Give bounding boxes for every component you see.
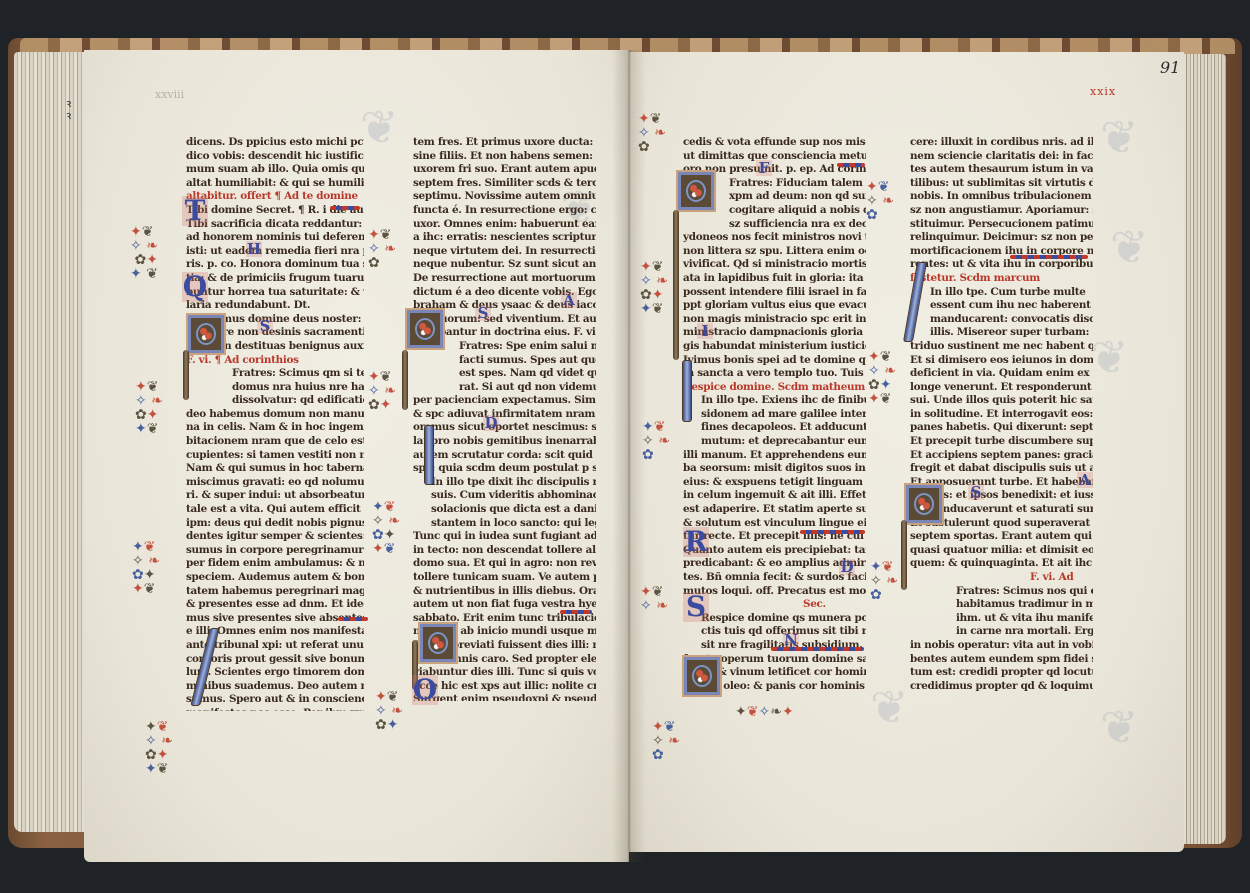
text-line: & presentes esse ad dnm. Et ideo contend…: [186, 598, 364, 612]
show-through-foliage: ❦: [1100, 110, 1139, 164]
line-filler: [800, 530, 865, 534]
rubric-line: festetur. Scdm marcum: [910, 272, 1093, 286]
text-line: nobis. In omnibus tribulacionem patimur:: [910, 190, 1093, 204]
text-line: Tibi sacrificia dicata reddantur: que si…: [186, 218, 364, 232]
text-line: ctis tuis qd offerimus sit tibi munus ac…: [683, 625, 866, 639]
text-line: in nobis operatur: vita aut in vobis. Ha: [910, 639, 1093, 653]
red-initial: S: [968, 484, 984, 500]
text-line: non littera sz spu. Littera enim occidit…: [683, 245, 866, 259]
text-line: septimu. Novissime autem omnium: & mulie…: [413, 190, 596, 204]
text-line: dentes igitur semper & scientes: qm dum: [186, 530, 364, 544]
rubric-line: altabitur. offert ¶ Ad te domine: [186, 190, 364, 204]
text-line: tilibus: ut sublimitas sit virtutis dei …: [910, 177, 1093, 191]
text-line: miscimus gravati: eo qd nolumus expolia: [186, 476, 364, 490]
text-line: autem scrutatur corda: scit quid desider…: [413, 449, 596, 463]
ivy-border-foliage: ✦❦ ✧ ❧ ✿: [642, 420, 670, 462]
ivy-border-foliage: ✦❦ ✧ ❧ ✿✦ ✦❦: [868, 350, 896, 406]
text-line: ppt gloriam vultus eius que evacuatur: q…: [683, 299, 866, 313]
text-column-3: cedis & vota effunde sup nos misericordi…: [683, 136, 866, 694]
text-line: tes autem thesaurum istum in vasis fic: [910, 163, 1093, 177]
text-line: Fratres: Scimus nos qui corinthios: [910, 585, 1093, 599]
text-line: sui. Unde illos quis poterit hic saturar…: [910, 394, 1093, 408]
text-line: Quanto autem eis precipiebat: tanto magi…: [683, 544, 866, 558]
text-line: eius: & exspuens tetigit linguam eius. E…: [683, 476, 866, 490]
text-line: in tecto: non descendat tollere aliquid …: [413, 544, 596, 558]
ivy-border-foliage: ✦❦ ✧ ❧ ✿✦: [375, 690, 403, 732]
text-line: lat pro nobis gemitibus inenarrabilibus.…: [413, 435, 596, 449]
ivy-border-foliage: ✦❦ ✧ ❧ ✿: [866, 180, 894, 222]
text-line: in carne nra mortali. Ergo mors: [910, 625, 1093, 639]
border-bar: [402, 350, 408, 410]
text-line: In illo tpe dixit ihc discipulis matheū: [413, 476, 596, 490]
text-line: Et si dimisero eos ieiunos in domum suam…: [910, 354, 1093, 368]
text-line: neque virtutem dei. In resurrectione neq…: [413, 245, 596, 259]
text-line: possent intendere filii israel in faciem…: [683, 286, 866, 300]
text-line: domus nra huius nre habitacio: [186, 381, 364, 395]
text-line: domo sua. Et qui in agro: non revertatur: [413, 557, 596, 571]
text-line: ri. & super indui: ut absorbeatur qd mor: [186, 489, 364, 503]
ivy-border-foliage: ✦❦ ✧ ❧ ✿✦ ✦ ❦: [130, 225, 158, 281]
text-line: ad honorem nominis tui deferenda tribu: [186, 231, 364, 245]
illuminated-initial-f: [405, 308, 445, 350]
text-line: tollere tunicam suam. Ve autem pregnanti…: [413, 571, 596, 585]
line-filler: [771, 647, 864, 651]
illuminated-initial-i: [682, 360, 692, 422]
text-line: credidimus propter qd & loquimur. Scient…: [910, 680, 1093, 694]
text-line: In illo tpe. Cum turbe multe: [910, 286, 1093, 300]
text-line: facti sumus. Spes aut que videtur non: [413, 354, 596, 368]
illuminated-initial-f: [186, 313, 226, 355]
text-line: bitacionem nram que de celo est superind…: [186, 435, 364, 449]
manuscript-scene: ꝛ ꝛ xxviii 91 xxix ❦ ❦ ❦ ❦ ❦ ❦ ❦ dicens.…: [0, 0, 1250, 893]
text-line: mum suam ab illo. Quia omis qui se ex: [186, 163, 364, 177]
text-line: rat. Si aut qd non videmus speramus: [413, 381, 596, 395]
text-line: deo habemus domum non manufactam et: [186, 408, 364, 422]
text-line: quasi quatuor milia: et dimisit eos.: [910, 544, 1093, 558]
text-line: In illo tpe. Exiens ihc de finibus tyri …: [683, 394, 866, 408]
text-line: tem fres. Et primus uxore ducta: defunct…: [413, 136, 596, 150]
text-line: stantem in loco sancto: qui legit intell…: [413, 517, 596, 531]
text-line: functa é. In resurrectione ergo: cui eri…: [413, 204, 596, 218]
running-head: xxix: [1090, 85, 1116, 98]
illuminated-initial-d: [418, 622, 458, 664]
text-line: tatem habemus peregrinari magis a corp: [186, 585, 364, 599]
ivy-border-foliage: ✦❦ ✧ ❧ ✿✦ ✦❦: [145, 720, 173, 776]
ivy-border-foliage: ✦❦ ✧ ❧: [640, 585, 668, 613]
blue-initial: A: [561, 292, 577, 308]
text-line: ecce hic est xps aut illic: nolite crede…: [413, 680, 596, 694]
text-line: altat humiliabit: & qui se humiliat: ex: [186, 177, 364, 191]
text-line: quem: & quinquaginta. Et ait ihc.: [910, 557, 1093, 571]
blue-initial-t: T: [182, 196, 208, 226]
ivy-border-foliage: ✦❦ ✧ ❧ ✿✦ ✦❦: [640, 260, 668, 316]
text-line: vivificat. Qd si ministracio mortis litt…: [683, 258, 866, 272]
text-line: Tunc qui in iudea sunt fugiant ad montes…: [413, 530, 596, 544]
right-page-edges: [1180, 54, 1226, 844]
text-line: per fidem enim ambulamus: & non p: [186, 557, 364, 571]
text-line: speciem. Audemus autem & bonam volunt: [186, 571, 364, 585]
rubric-line: F. vi. ¶ Ad corinthios: [186, 354, 364, 368]
text-line: Fratres: Scimus qm si terrestris: [186, 367, 364, 381]
text-line: mutum: et deprecabantur eum ut imponat: [683, 435, 866, 449]
text-line: ba seorsum: misit digitos suos in auricu…: [683, 462, 866, 476]
blue-initial-s: S: [683, 592, 709, 622]
text-line: oremus sicut oportet nescimus: sed ipse …: [413, 421, 596, 435]
rubric-line: F. vi. Ad: [910, 571, 1093, 585]
red-initial: S: [475, 305, 491, 321]
text-line: fregit et dabat discipulis suis ut appon…: [910, 462, 1093, 476]
text-line: De resurrectione aut mortuorum non legis…: [413, 272, 596, 286]
blue-initial: D: [839, 559, 855, 575]
border-bar: [183, 350, 189, 400]
text-line: septem fres. Similiter scds & tercius: u…: [413, 177, 596, 191]
text-line: & spc adiuvat infirmitatem nram. Quid: [413, 408, 596, 422]
text-line: sz non angustiamur. Aporiamur: sz non de: [910, 204, 1093, 218]
text-line: suis. Cum videritis abhominacionem de: [413, 489, 596, 503]
text-line: isti: ut eadem remedia fieri nra prestas: [186, 245, 364, 259]
text-line: laria redundabunt. Dt.: [186, 299, 364, 313]
text-line: est adaperire. Et statim aperte sunt aur…: [683, 503, 866, 517]
text-line: manducarent: convocatis discipulis ait: [910, 313, 1093, 327]
rubric-line: Sec.: [683, 598, 866, 612]
text-line: illi manum. Et apprehendens eum de tur: [683, 449, 866, 463]
edge-mark: ꝛ: [66, 96, 71, 111]
text-line: in solitudine. Et interrogavit eos: quot: [910, 408, 1093, 422]
text-line: ris. p. co. Honora dominum tua substan: [186, 258, 364, 272]
text-line: & solutum est vinculum lingue eius: & lo…: [683, 517, 866, 531]
text-column-1: dicens. Ds ppicius esto michi pctori. Am…: [186, 136, 364, 711]
text-line: sumus. Spero aut & in consciencis vris: [186, 693, 364, 707]
show-through-foliage: ❦: [360, 100, 399, 154]
text-line: stituimur. Persecucionem patimur: sz non…: [910, 218, 1093, 232]
text-line: neque nubentur. Sz sunt sicut angeli dei…: [413, 258, 596, 272]
show-through-foliage: ❦: [870, 680, 909, 734]
text-line: ata in lapidibus fuit in gloria: ita ut …: [683, 272, 866, 286]
text-line: Surgent enim pseudoxpi & pseudoprophete:: [413, 693, 596, 701]
show-through-foliage: ❦: [1110, 220, 1149, 274]
ivy-border-foliage: ✦❦ ✧ ❧ ✿: [652, 720, 680, 762]
text-line: essent cum ihu nec haberent quod: [910, 299, 1093, 313]
text-line: mutos loqui. off. Precatus est moyses.: [683, 585, 866, 599]
book-gutter: [612, 50, 646, 862]
text-line: longe venerunt. Et responderunt ei disci…: [910, 381, 1093, 395]
red-initial-r: R: [683, 527, 709, 557]
rubric-line: Respice domine. Scdm matheum: [683, 381, 866, 395]
left-folio-ghost: xxviii: [155, 88, 184, 101]
text-line: dico vobis: descendit hic iustificatus i…: [186, 150, 364, 164]
blue-initial-q: Q: [182, 272, 208, 302]
illuminated-initial-f: [904, 483, 944, 525]
text-line: deficient in via. Quidam enim ex eis de: [910, 367, 1093, 381]
text-line: lum. Scientes ergo timorem domini ho: [186, 666, 364, 680]
show-through-foliage: ❦: [1090, 330, 1129, 384]
text-line: panes habetis. Qui dixerunt: septem.: [910, 421, 1093, 435]
ivy-border-foliage: ✦❦ ✧ ❧ ✿: [368, 228, 396, 270]
text-line: uxor. Omnes enim: habuerunt eam. Respons: [413, 218, 596, 232]
text-line: Et accipiens septem panes: gracias agens: [910, 449, 1093, 463]
illuminated-initial-i: [424, 425, 434, 485]
text-line: solacionis que dicta est a daniele proph…: [413, 503, 596, 517]
text-line: sumus in corpore peregrinamur a domino: [186, 544, 364, 558]
ivy-border-foliage: ✦❦ ✧ ❧ ✿: [638, 112, 666, 154]
blue-initial: D: [483, 415, 499, 431]
text-line: cupientes: si tamen vestiti non nudi inv…: [186, 449, 364, 463]
border-bar: [901, 520, 907, 590]
text-line: in celum ingemuit & ait illi. Effetha: q…: [683, 489, 866, 503]
text-line: ydoneos nos fecit ministros novi testame…: [683, 231, 866, 245]
text-column-2: tem fres. Et primus uxore ducta: defunct…: [413, 136, 596, 701]
text-line: tale est a vita. Qui autem efficit nos i…: [186, 503, 364, 517]
text-line: manifestos nos esse. Per ihm xpm. do: [186, 707, 364, 711]
blue-initial: F: [756, 160, 772, 176]
text-line: Nam & qui sumus in hoc tabernaculo inge: [186, 462, 364, 476]
blue-initial: A: [1077, 472, 1093, 488]
line-filler: [338, 617, 368, 621]
text-line: buntur horrea tua saturitate: & vino tor…: [186, 286, 364, 300]
text-line: ipm: deus qui dedit nobis pignus spc. In: [186, 517, 364, 531]
text-line: ihm. ut & vita ihu manifestetur: [910, 612, 1093, 626]
ivy-border-foliage: ✦❦ ✧ ❧ ✿✦ ✦❦: [372, 500, 400, 556]
text-line: sidonem ad mare galilee inter medios: [683, 408, 866, 422]
text-line: spc: quia scdm deum postulat p scis. Scd…: [413, 462, 596, 476]
blue-initial: H: [246, 241, 262, 257]
text-line: rentes: ut & vita ihu in corporibus nris…: [910, 258, 1093, 272]
ivy-border-foliage: ✦❦ ✧ ❧ ✿: [870, 560, 898, 602]
text-line: minibus suademus. Deo autem manifesti: [186, 680, 364, 694]
text-line: cere: illuxit in cordibus nris. ad illum…: [910, 136, 1093, 150]
blue-initial: S: [257, 318, 273, 334]
text-line: cedis & vota effunde sup nos misericordi…: [683, 136, 866, 150]
text-line: uxorem fri suo. Erant autem apud nos: [413, 163, 596, 177]
red-initial: N: [783, 632, 799, 648]
text-line: tia: & de primiciis frugum tuarum: & imp…: [186, 272, 364, 286]
text-line: dissolvatur: qd edificationem ex: [186, 394, 364, 408]
text-line: Et precepit turbe discumbere super terra…: [910, 435, 1093, 449]
show-through-foliage: ❦: [1100, 700, 1139, 754]
text-line: est spes. Nam qd videt quis quid spe: [413, 367, 596, 381]
text-line: triduo sustinent me nec habent quod mand…: [910, 340, 1093, 354]
text-line: nem sciencie claritatis dei: in facie xp…: [910, 150, 1093, 164]
line-filler: [837, 163, 865, 167]
line-filler: [560, 610, 592, 614]
text-line: relinquimur. Deicimur: sz non perimus. S…: [910, 231, 1093, 245]
text-line: a ihc: erratis: nescientes scripturas: [413, 231, 596, 245]
text-line: Respice domine qs munera populi tui san: [683, 612, 866, 626]
text-line: gis habundat ministerium iusticie in glo…: [683, 340, 866, 354]
text-line: illis. Misereor super turbam: quia ecce …: [910, 326, 1093, 340]
text-line: ut dimittas que consciencia metuit & adi…: [683, 150, 866, 164]
ivy-border-foliage: ✦❦ ✧ ❧ ✿✦ ✦❦: [135, 380, 163, 436]
illuminated-initial-f: [682, 655, 722, 697]
ivy-border-foliage: ✦❦✧❧✦: [735, 705, 794, 719]
ivy-border-foliage: ✦❦ ✧ ❧ ✿✦: [368, 370, 396, 412]
blue-initial-o: O: [412, 675, 438, 705]
text-column-4: cere: illuxit in cordibus nris. ad illum…: [910, 136, 1093, 694]
blue-initial: I: [697, 323, 713, 339]
left-page-edges: [14, 52, 94, 832]
ivy-border-foliage: ✦❦ ✧ ❧ ✿✦ ✦❦: [132, 540, 160, 596]
text-line: septem sportas. Erant autem qui manducav…: [910, 530, 1093, 544]
line-filler: [330, 206, 360, 210]
text-line: bentes autem eundem spm fidei sicut scri…: [910, 653, 1093, 667]
text-line: habitamus tradimur in mortem p: [910, 598, 1093, 612]
line-filler: [1010, 255, 1088, 259]
border-bar: [673, 210, 679, 360]
illuminated-initial-f: [676, 170, 716, 212]
text-line: viabuntur dies illi. Tunc si quis vobis …: [413, 666, 596, 680]
folio-number: 91: [1160, 58, 1180, 77]
text-line: Ivimus bonis spei ad te domine qui audis…: [683, 354, 866, 368]
text-line: sine filiis. Et non habens semen: reliqu…: [413, 150, 596, 164]
text-line: tum est: credidi propter qd locutus sum:…: [910, 666, 1093, 680]
text-line: fines decapoleos. Et adducunt ei surdum …: [683, 421, 866, 435]
text-line: dicens. Ds ppicius esto michi pctori. Am…: [186, 136, 364, 150]
text-line: sz sufficiencia nra ex deo est. Qui et: [683, 218, 866, 232]
text-line: nam qui suscitavit dominum ihm. & nos: [910, 693, 1093, 694]
text-line: na in celis. Nam & in hoc ingemiscimus h…: [186, 421, 364, 435]
text-line: per pacienciam expectamus. Similiter aut…: [413, 394, 596, 408]
text-line: & nutrientibus in illis diebus. Orate: [413, 585, 596, 599]
text-line: in sancta a vero templo tuo. Tuis ad man…: [683, 367, 866, 381]
